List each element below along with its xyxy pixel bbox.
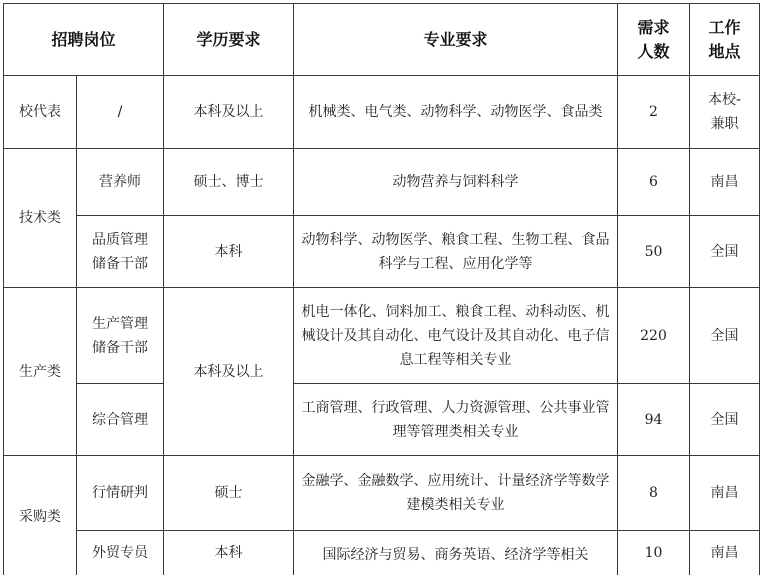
position-cell: 行情研判	[77, 456, 164, 531]
position-cell: 品质管理储备干部	[77, 216, 164, 288]
location-cell: 全国	[690, 384, 760, 456]
position-cell: 营养师	[77, 149, 164, 216]
count-cell: 94	[618, 384, 690, 456]
location-cell: 南昌	[690, 531, 760, 575]
major-cell: 机电一体化、饲料加工、粮食工程、动科动医、机械设计及其自动化、电气设计及其自动化…	[294, 288, 618, 384]
count-cell: 50	[618, 216, 690, 288]
count-cell: 2	[618, 76, 690, 149]
major-cell: 机械类、电气类、动物科学、动物医学、食品类	[294, 76, 618, 149]
position-cell: 生产管理储备干部	[77, 288, 164, 384]
major-cell: 工商管理、行政管理、人力资源管理、公共事业管理等管理类相关专业	[294, 384, 618, 456]
count-cell: 6	[618, 149, 690, 216]
major-cell: 动物科学、动物医学、粮食工程、生物工程、食品科学与工程、应用化学等	[294, 216, 618, 288]
table-row: 校代表 / 本科及以上 机械类、电气类、动物科学、动物医学、食品类 2 本校-兼…	[4, 76, 760, 149]
header-position: 招聘岗位	[4, 4, 164, 76]
count-cell: 220	[618, 288, 690, 384]
header-location: 工作地点	[690, 4, 760, 76]
category-cell: 技术类	[4, 149, 77, 288]
table-row: 技术类 营养师 硕士、博士 动物营养与饲料科学 6 南昌	[4, 149, 760, 216]
location-cell: 本校-兼职	[690, 76, 760, 149]
header-count: 需求人数	[618, 4, 690, 76]
category-cell: 生产类	[4, 288, 77, 456]
education-cell: 硕士、博士	[164, 149, 294, 216]
table-row: 品质管理储备干部 本科 动物科学、动物医学、粮食工程、生物工程、食品科学与工程、…	[4, 216, 760, 288]
major-cell: 国际经济与贸易、商务英语、经济学等相关	[294, 531, 618, 575]
recruitment-table: 招聘岗位 学历要求 专业要求 需求人数 工作地点 校代表 / 本科及以上 机械类…	[3, 3, 760, 575]
position-cell: 外贸专员	[77, 531, 164, 575]
education-cell: 本科	[164, 531, 294, 575]
major-cell: 金融学、金融数学、应用统计、计量经济学等数学建模类相关专业	[294, 456, 618, 531]
table-row: 采购类 行情研判 硕士 金融学、金融数学、应用统计、计量经济学等数学建模类相关专…	[4, 456, 760, 531]
table-row: 外贸专员 本科 国际经济与贸易、商务英语、经济学等相关 10 南昌	[4, 531, 760, 575]
table-row: 综合管理 工商管理、行政管理、人力资源管理、公共事业管理等管理类相关专业 94 …	[4, 384, 760, 456]
location-cell: 南昌	[690, 456, 760, 531]
count-cell: 10	[618, 531, 690, 575]
location-cell: 南昌	[690, 149, 760, 216]
category-cell: 采购类	[4, 456, 77, 575]
education-cell: 本科	[164, 216, 294, 288]
count-cell: 8	[618, 456, 690, 531]
education-cell: 本科及以上	[164, 288, 294, 456]
location-cell: 全国	[690, 288, 760, 384]
category-cell: 校代表	[4, 76, 77, 149]
location-cell: 全国	[690, 216, 760, 288]
education-cell: 硕士	[164, 456, 294, 531]
header-major: 专业要求	[294, 4, 618, 76]
position-cell: 综合管理	[77, 384, 164, 456]
major-cell: 动物营养与饲料科学	[294, 149, 618, 216]
position-cell: /	[77, 76, 164, 149]
education-cell: 本科及以上	[164, 76, 294, 149]
header-education: 学历要求	[164, 4, 294, 76]
table-row: 生产类 生产管理储备干部 本科及以上 机电一体化、饲料加工、粮食工程、动科动医、…	[4, 288, 760, 384]
header-row: 招聘岗位 学历要求 专业要求 需求人数 工作地点	[4, 4, 760, 76]
